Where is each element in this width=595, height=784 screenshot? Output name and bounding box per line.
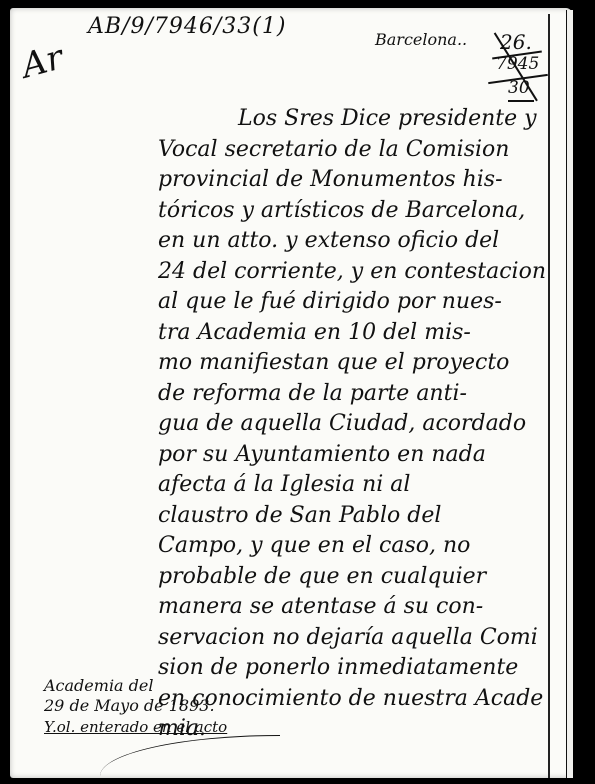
text-line: de reforma de la parte anti- <box>158 379 548 410</box>
text-line: tóricos y artísticos de Barcelona, <box>158 196 548 227</box>
text-line: gua de aquella Ciudad, acordado <box>158 409 548 440</box>
margin-rule <box>548 14 550 778</box>
folio-marks: 26. 7945 30 <box>484 30 548 102</box>
text-line: 24 del corriente, y en contestacion <box>158 257 548 288</box>
text-line: afecta á la Iglesia ni al <box>158 470 548 501</box>
text-line: Vocal secretario de la Comision <box>158 135 548 166</box>
marginal-note-date: 29 de Mayo de 1893. <box>44 696 215 715</box>
text-line: en un atto. y extenso oficio del <box>158 226 548 257</box>
marginal-note-line: Academia del <box>44 676 154 695</box>
marginal-note-line: Y.ol. enterado en el acto <box>44 718 227 736</box>
text-line: provincial de Monumentos his- <box>158 165 548 196</box>
text-line: tra Academia en 10 del mis- <box>158 318 548 349</box>
text-line: por su Ayuntamiento en nada <box>158 440 548 471</box>
text-line: manera se atentase á su con- <box>158 592 548 623</box>
folio-underline <box>508 100 534 102</box>
archive-reference: AB/9/7946/33(1) <box>88 14 286 39</box>
text-line: en conocimiento de nuestra Acade <box>158 684 548 715</box>
text-line: sion de ponerlo inmediatamente <box>158 653 548 684</box>
text-line: servacion no dejaría aquella Comi <box>158 623 548 654</box>
text-line: Campo, y que en el caso, no <box>158 531 548 562</box>
text-line: Los Sres Dice presidente y <box>158 104 548 135</box>
text-line: probable de que en cualquier <box>158 562 548 593</box>
text-line: al que le fué dirigido por nues- <box>158 287 548 318</box>
place-heading: Barcelona.. <box>375 30 467 49</box>
page-edge <box>566 10 573 778</box>
letter-body: Los Sres Dice presidente yVocal secretar… <box>158 104 548 745</box>
text-line: mo manifiestan que el proyecto <box>158 348 548 379</box>
text-line: claustro de San Pablo del <box>158 501 548 532</box>
